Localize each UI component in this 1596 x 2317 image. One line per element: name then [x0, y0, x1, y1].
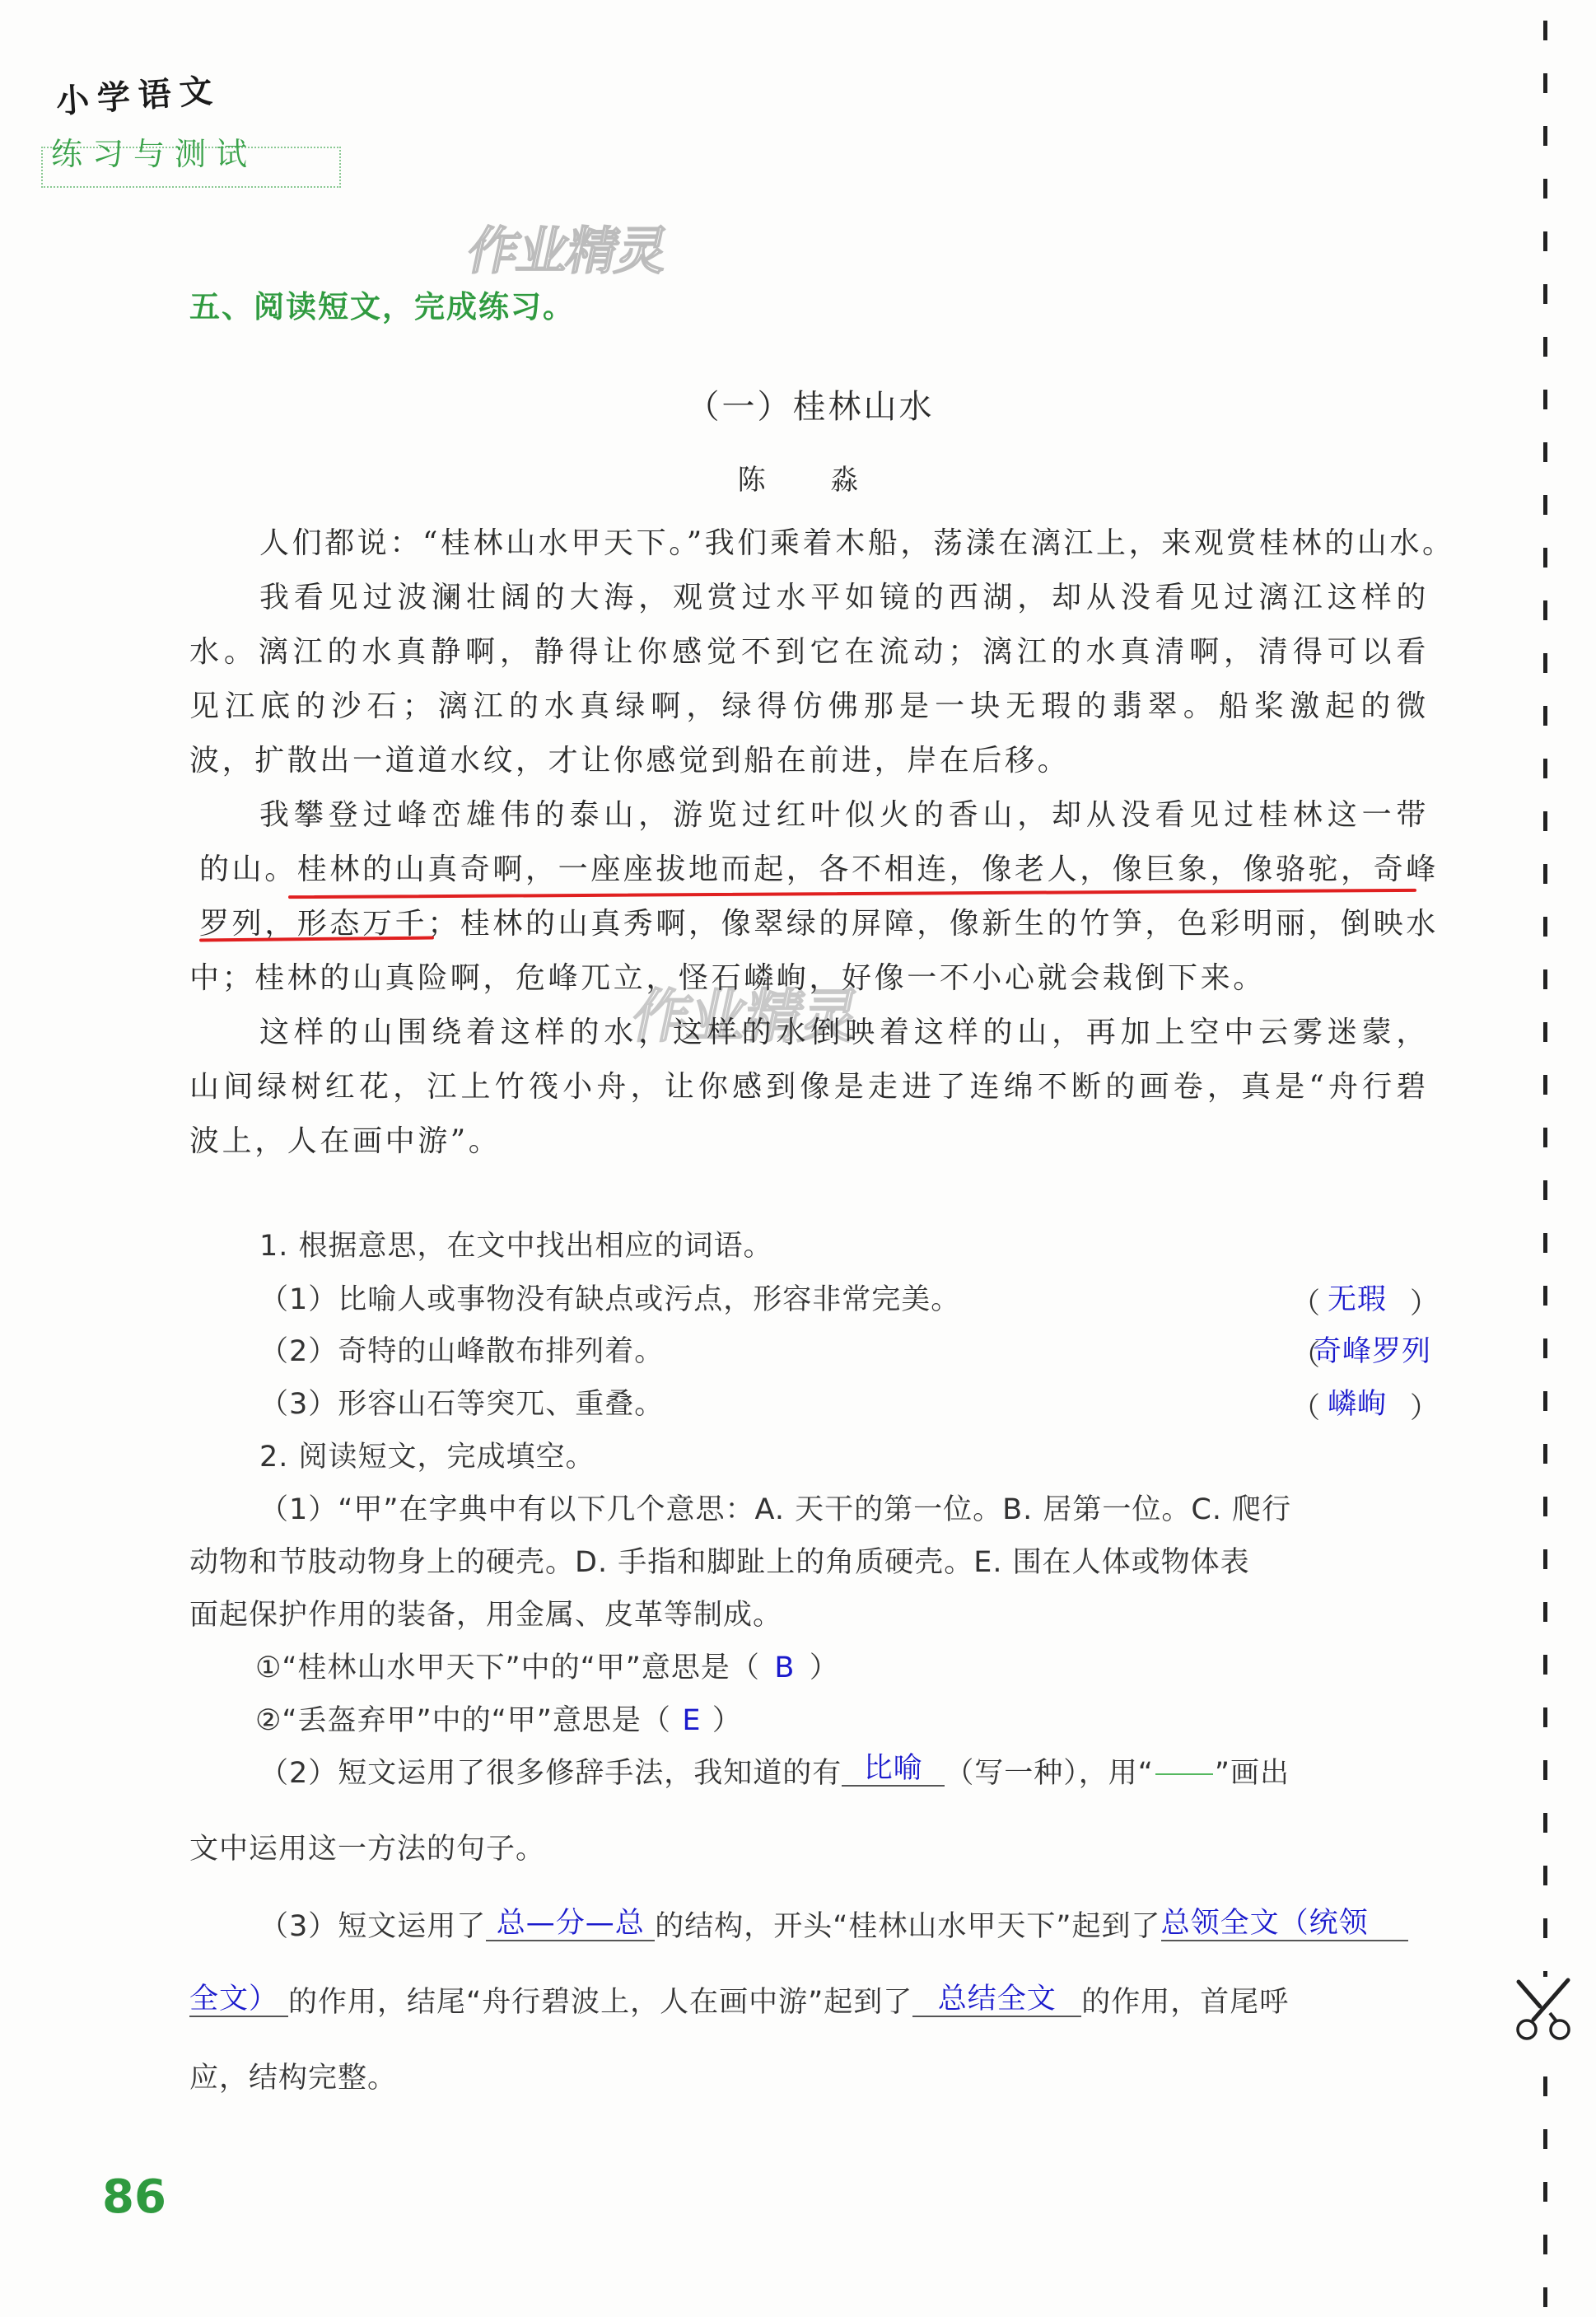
- answer-blank[interactable]: 比喻: [842, 1752, 945, 1787]
- question-1-item-3: （3）形容山石等突兀、重叠。: [259, 1385, 664, 1423]
- section-title: 五、阅读短文，完成练习。: [189, 282, 575, 326]
- story-line: 中；桂林的山真险啊，危峰兀立，怪石嶙峋，好像一不小心就会栽倒下来。: [189, 959, 1429, 998]
- question-2-sub-2: ②“丢盔弃甲”中的“甲”意思是（E）: [255, 1702, 742, 1740]
- story-line: 山间绿树红花，江上竹筏小舟，让你感到像是走进了连绵不断的画卷，真是“舟行碧: [189, 1067, 1429, 1107]
- question-2-part-3: （3）短文运用了总—分—总的结构，开头“桂林山水甲天下”起到了总领全文（统领: [259, 1908, 1408, 1946]
- dashed-cut-line: [1543, 21, 1547, 2310]
- brand-subtitle: 练习与测试: [51, 128, 257, 174]
- page-number: 86: [102, 2170, 166, 2224]
- story-line: 这样的山围绕着这样的水，这样的水倒映着这样的山，再加上空中云雾迷蒙，: [259, 1013, 1429, 1053]
- answer-blank[interactable]: 总领全文（统领: [1161, 1907, 1408, 1941]
- story-line: 见江底的沙石；漓江的水真绿啊，绿得仿佛那是一块无瑕的翡翠。船桨激起的微: [189, 687, 1429, 726]
- question-2-part-1: （1）“甲”在字典中有以下几个意思：A. 天干的第一位。B. 居第一位。C. 爬…: [259, 1491, 1291, 1529]
- answer-field[interactable]: 无瑕: [1328, 1281, 1387, 1319]
- brand-title: 小学语文: [54, 64, 222, 123]
- question-2-part-1: 动物和节肢动物身上的硬壳。D. 手指和脚趾上的角质硬壳。E. 围在人体或物体表: [189, 1544, 1250, 1581]
- question-1-item-2: （2）奇特的山峰散布排列着。: [259, 1333, 664, 1371]
- story-line: 波，扩散出一道道水纹，才让你感觉到船在前进，岸在后移。: [189, 741, 1429, 781]
- answer-blank[interactable]: 总结全文: [912, 1983, 1081, 2017]
- story-line: 我攀登过峰峦雄伟的泰山，游览过红叶似火的香山，却从没看见过桂林这一带: [259, 796, 1429, 835]
- paren-close: ）: [1410, 1385, 1439, 1427]
- story-line: 水。漓江的水真静啊，静得让你感觉不到它在流动；漓江的水真清啊，清得可以看: [189, 633, 1429, 672]
- story-author: 陈 淼: [0, 457, 1596, 498]
- answer-field[interactable]: E: [671, 1702, 712, 1740]
- scissors-icon: [1514, 1977, 1573, 2051]
- question-2-part-2: （2）短文运用了很多修辞手法，我知道的有比喻（写一种），用“”画出: [259, 1754, 1290, 1792]
- story-line: 的山。桂林的山真奇啊，一座座拔地而起，各不相连，像老人，像巨象，像骆驼，奇峰: [199, 850, 1429, 890]
- story-line: 波上，人在画中游”。: [189, 1122, 1429, 1161]
- story-line: 人们都说：“桂林山水甲天下。”我们乘着木船，荡漾在漓江上，来观赏桂林的山水。: [259, 524, 1499, 563]
- question-2-sub-1: ①“桂林山水甲天下”中的“甲”意思是（B）: [255, 1649, 839, 1687]
- question-1-item-1: （1）比喻人或事物没有缺点或污点，形容非常完美。: [259, 1281, 960, 1319]
- paren-open: （: [1291, 1385, 1320, 1427]
- question-1-stem: 1. 根据意思，在文中找出相应的词语。: [259, 1227, 773, 1265]
- watermark: 作业精灵: [462, 210, 675, 283]
- answer-field[interactable]: 奇峰罗列: [1313, 1333, 1431, 1371]
- answer-blank[interactable]: 总—分—总: [486, 1907, 655, 1941]
- workbook-page: 小学语文 练习与测试 作业精灵 作业精灵 五、阅读短文，完成练习。 （一）桂林山…: [0, 0, 1596, 2317]
- answer-blank[interactable]: 全文）: [189, 1983, 288, 2017]
- answer-field[interactable]: B: [760, 1649, 810, 1687]
- answer-field[interactable]: 嶙峋: [1328, 1385, 1387, 1423]
- story-title: （一）桂林山水: [0, 381, 1596, 427]
- story-line: 我看见过波澜壮阔的大海，观赏过水平如镜的西湖，却从没看见过漓江这样的: [259, 578, 1429, 618]
- paren-close: ）: [1410, 1281, 1439, 1322]
- question-2-part-2: 文中运用这一方法的句子。: [189, 1830, 545, 1868]
- underline-symbol: [1155, 1773, 1213, 1775]
- question-2-part-3: 应，结构完整。: [189, 2059, 397, 2097]
- paren-open: （: [1291, 1281, 1320, 1322]
- red-underline: [288, 889, 1416, 899]
- question-2-part-1: 面起保护作用的装备，用金属、皮革等制成。: [189, 1596, 782, 1634]
- question-2-part-3: 全文）的作用，结尾“舟行碧波上，人在画中游”起到了总结全文的作用，首尾呼: [189, 1983, 1289, 2021]
- question-2-stem: 2. 阅读短文，完成填空。: [259, 1438, 595, 1476]
